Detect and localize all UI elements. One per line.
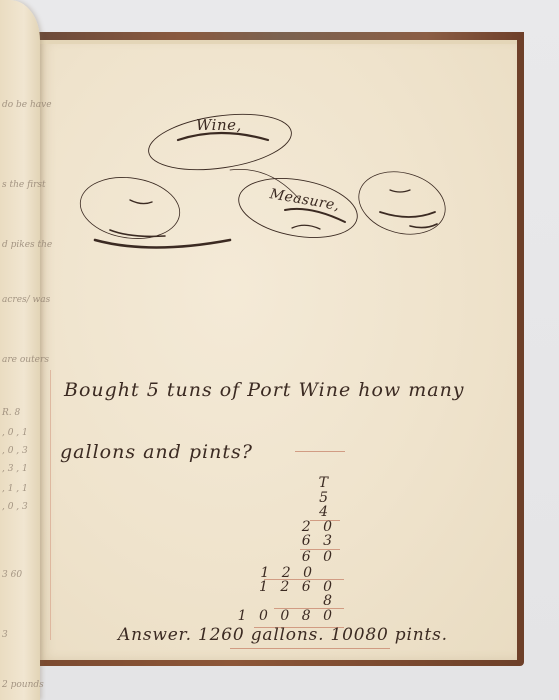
red-rule <box>295 451 345 452</box>
calc-row: T <box>319 475 332 491</box>
problem-line-2: gallons and pints? <box>60 441 253 463</box>
calc-row: 4 <box>319 504 332 520</box>
answer-underline <box>230 648 390 649</box>
calc-row: 8 <box>323 593 336 609</box>
calc-row: 1 0 0 8 0 <box>238 608 336 624</box>
calc-row: 6 3 <box>302 533 336 549</box>
answer-line: Answer. 1260 gallons. 10080 pints. <box>118 625 448 645</box>
calligraphy-flourishes <box>0 0 559 700</box>
calc-row: 6 0 <box>302 549 336 565</box>
problem-line-1: Bought 5 tuns of Port Wine how many <box>64 379 465 401</box>
heading-wine: Wine, <box>196 116 242 134</box>
